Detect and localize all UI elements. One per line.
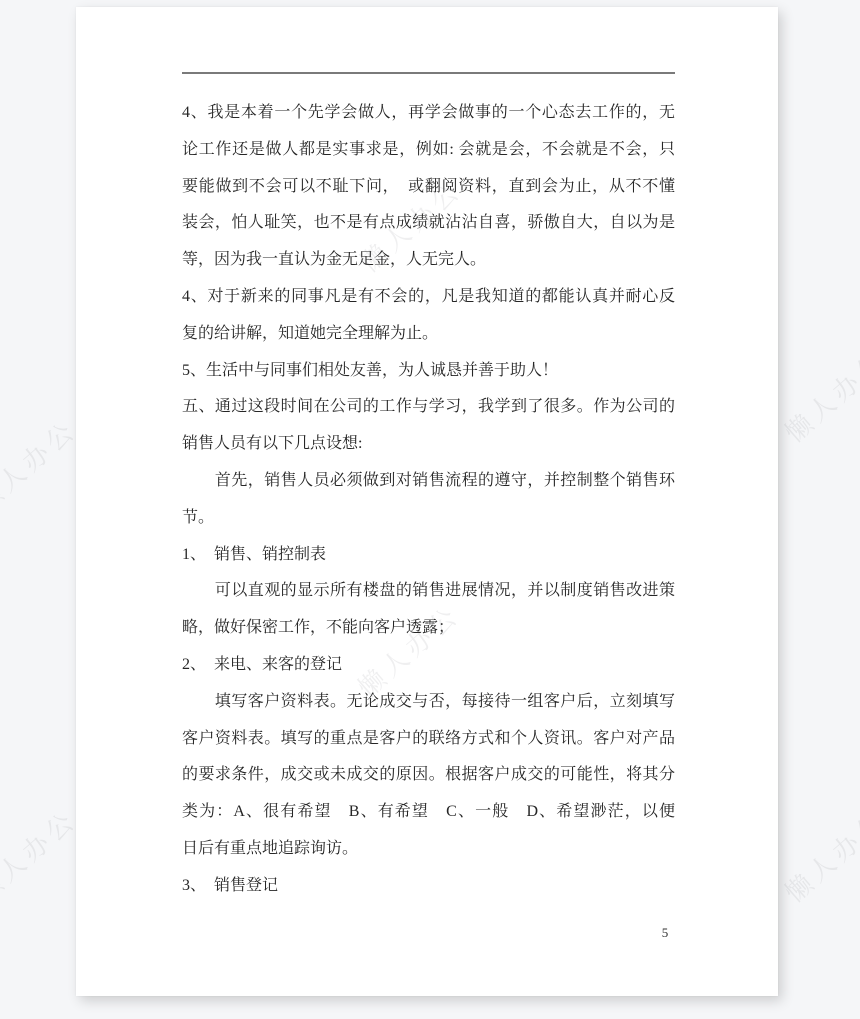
text-line: 4、我是本着一个先学会做人，再学会做事的一个心态去工作的，无 — [182, 95, 675, 132]
text-line: 日后有重点地追踪询访。 — [182, 831, 675, 868]
text-line: 等，因为我一直认为金无足金，人无完人。 — [182, 242, 675, 279]
document-preview: 4、我是本着一个先学会做人，再学会做事的一个心态去工作的，无论工作还是做人都是实… — [0, 0, 860, 1019]
text-line: 装会，怕人耻笑，也不是有点成绩就沾沾自喜，骄傲自大，自以为是 — [182, 205, 675, 242]
document-page: 4、我是本着一个先学会做人，再学会做事的一个心态去工作的，无论工作还是做人都是实… — [76, 7, 778, 996]
text-line: 要能做到不会可以不耻下问， 或翻阅资料，直到会为止，从不不懂 — [182, 169, 675, 206]
text-line: 可以直观的显示所有楼盘的销售进展情况，并以制度销售改进策 — [182, 573, 675, 610]
text-line: 3、 销售登记 — [182, 868, 675, 905]
text-line: 五、通过这段时间在公司的工作与学习，我学到了很多。作为公司的 — [182, 389, 675, 426]
watermark-text: 懒人办公 — [776, 340, 860, 449]
watermark-text: 懒人办公 — [0, 800, 84, 909]
page-number: 5 — [655, 925, 675, 941]
text-line: 首先，销售人员必须做到对销售流程的遵守，并控制整个销售环 — [182, 463, 675, 500]
text-line: 论工作还是做人都是实事求是，例如: 会就是会，不会就是不会，只 — [182, 132, 675, 169]
text-line: 的要求条件，成交或未成交的原因。根据客户成交的可能性，将其分 — [182, 757, 675, 794]
text-line: 填写客户资料表。无论成交与否，每接待一组客户后，立刻填写 — [182, 684, 675, 721]
text-line: 复的给讲解，知道她完全理解为止。 — [182, 316, 675, 353]
watermark-text: 懒人办公 — [776, 800, 860, 909]
watermark-text: 懒人办公 — [0, 410, 84, 519]
text-line: 销售人员有以下几点设想: — [182, 426, 675, 463]
text-line: 略，做好保密工作，不能向客户透露； — [182, 610, 675, 647]
text-line: 4、对于新来的同事凡是有不会的，凡是我知道的都能认真并耐心反 — [182, 279, 675, 316]
text-line: 2、 来电、来客的登记 — [182, 647, 675, 684]
document-body: 4、我是本着一个先学会做人，再学会做事的一个心态去工作的，无论工作还是做人都是实… — [182, 95, 675, 905]
text-line: 节。 — [182, 500, 675, 537]
header-rule — [182, 72, 675, 74]
text-line: 客户资料表。填写的重点是客户的联络方式和个人资讯。客户对产品 — [182, 721, 675, 758]
text-line: 类为：A、很有希望 B、有希望 C、一般 D、希望渺茫，以便 — [182, 794, 675, 831]
text-line: 5、生活中与同事们相处友善，为人诚恳并善于助人！ — [182, 353, 675, 390]
text-line: 1、 销售、销控制表 — [182, 537, 675, 574]
